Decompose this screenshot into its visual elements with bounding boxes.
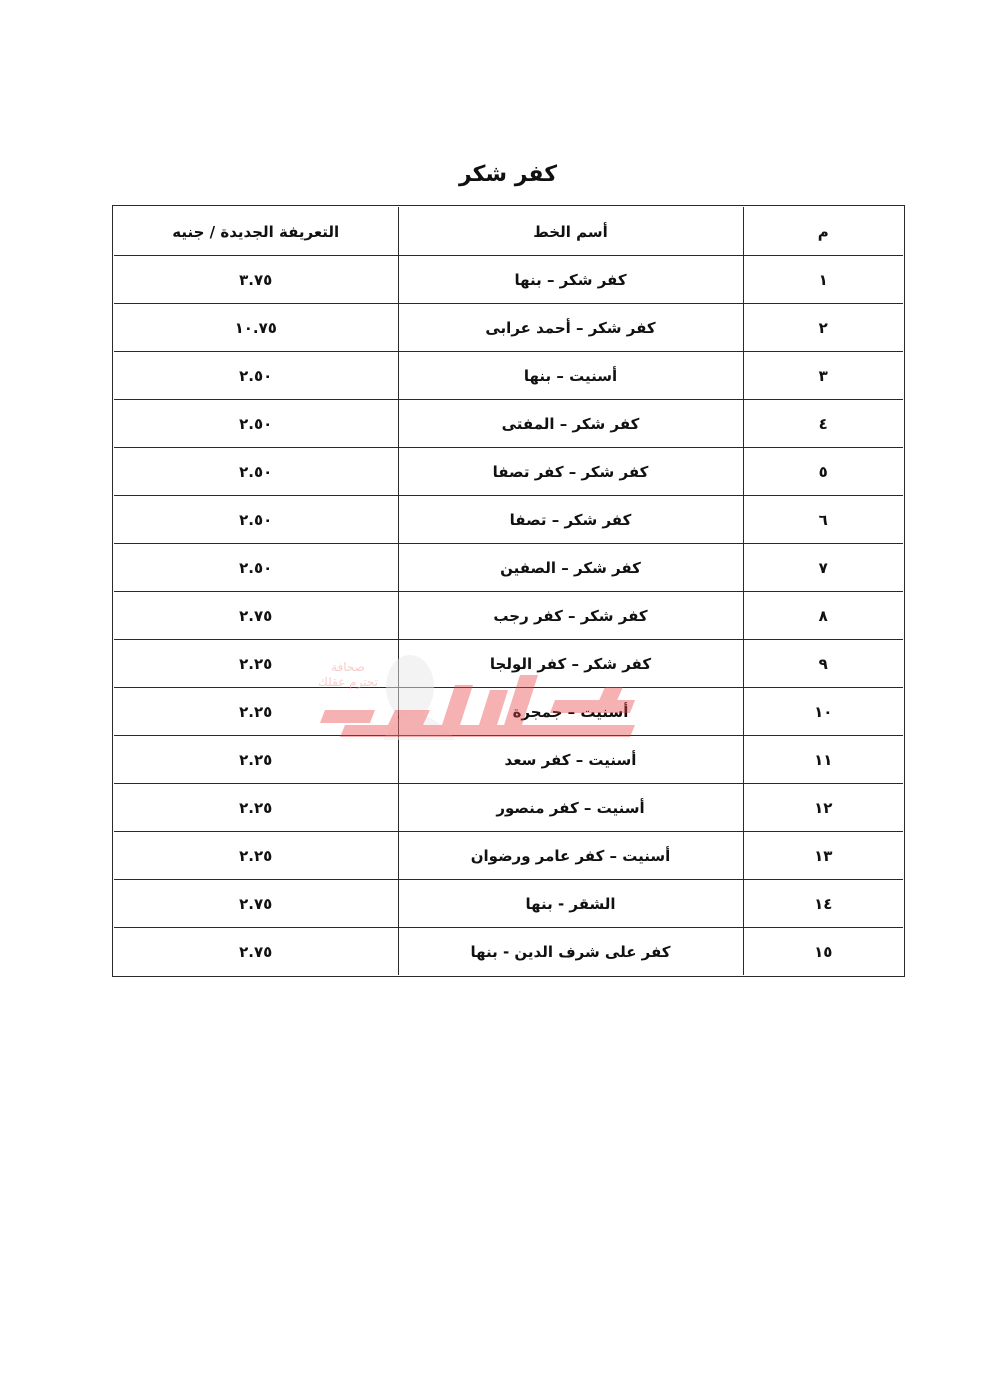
table-row: ٧ كفر شكر – الصفين ٢.٥٠ [114,544,903,592]
row-fare: ٣.٧٥ [114,256,398,304]
table-row: ٩ كفر شكر – كفر الولجا ٢.٢٥ [114,640,903,688]
row-line-name: أسنيت – كفر منصور [398,784,743,832]
row-num: ٤ [743,400,903,448]
row-num: ١٥ [743,928,903,976]
row-line-name: أسنيت – كفر سعد [398,736,743,784]
page-title: كفر شكر [0,162,990,187]
row-line-name: كفر شكر – المفتى [398,400,743,448]
row-fare: ٢.٥٠ [114,544,398,592]
row-fare: ٢.٢٥ [114,640,398,688]
table-row: ١٣ أسنيت – كفر عامر ورضوان ٢.٢٥ [114,832,903,880]
row-num: ٧ [743,544,903,592]
row-num: ٨ [743,592,903,640]
row-line-name: كفر شكر – أحمد عرابى [398,304,743,352]
table-row: ١٠ أسنيت – جمجرة ٢.٢٥ [114,688,903,736]
row-line-name: كفر شكر – كفر تصفا [398,448,743,496]
row-fare: ٢.٧٥ [114,928,398,976]
row-line-name: كفر شكر – كفر رجب [398,592,743,640]
row-num: ١١ [743,736,903,784]
table-row: ١٢ أسنيت – كفر منصور ٢.٢٥ [114,784,903,832]
row-num: ٩ [743,640,903,688]
row-num: ١٠ [743,688,903,736]
table-row: ٤ كفر شكر – المفتى ٢.٥٠ [114,400,903,448]
row-fare: ٢.٢٥ [114,688,398,736]
row-fare: ٢.٥٠ [114,496,398,544]
row-fare: ٢.٢٥ [114,784,398,832]
row-fare: ٢.٥٠ [114,352,398,400]
table-row: ١١ أسنيت – كفر سعد ٢.٢٥ [114,736,903,784]
table-header-row: م أسم الخط التعريفة الجديدة / جنيه [114,207,903,256]
table-row: ١ كفر شكر – بنها ٣.٧٥ [114,256,903,304]
table-row: ١٤ الشقر - بنها ٢.٧٥ [114,880,903,928]
row-num: ٢ [743,304,903,352]
row-num: ٥ [743,448,903,496]
row-line-name: كفر شكر – تصفا [398,496,743,544]
row-line-name: كفر على شرف الدين - بنها [398,928,743,976]
table-row: ٦ كفر شكر – تصفا ٢.٥٠ [114,496,903,544]
row-line-name: كفر شكر – الصفين [398,544,743,592]
row-num: ٦ [743,496,903,544]
row-num: ١ [743,256,903,304]
row-num: ١٣ [743,832,903,880]
header-fare: التعريفة الجديدة / جنيه [114,207,398,256]
table-row: ١٥ كفر على شرف الدين - بنها ٢.٧٥ [114,928,903,976]
row-fare: ٢.٢٥ [114,832,398,880]
table-row: ٨ كفر شكر – كفر رجب ٢.٧٥ [114,592,903,640]
table-row: ٣ أسنيت – بنها ٢.٥٠ [114,352,903,400]
row-fare: ٢.٥٠ [114,448,398,496]
fares-table-container: م أسم الخط التعريفة الجديدة / جنيه ١ كفر… [112,205,905,977]
table-row: ٥ كفر شكر – كفر تصفا ٢.٥٠ [114,448,903,496]
table-row: ٢ كفر شكر – أحمد عرابى ١٠.٧٥ [114,304,903,352]
row-line-name: أسنيت – بنها [398,352,743,400]
row-line-name: كفر شكر – بنها [398,256,743,304]
row-line-name: أسنيت – جمجرة [398,688,743,736]
row-line-name: كفر شكر – كفر الولجا [398,640,743,688]
row-line-name: الشقر - بنها [398,880,743,928]
row-num: ١٤ [743,880,903,928]
header-num: م [743,207,903,256]
row-fare: ١٠.٧٥ [114,304,398,352]
row-num: ١٢ [743,784,903,832]
header-line-name: أسم الخط [398,207,743,256]
row-fare: ٢.٧٥ [114,880,398,928]
row-fare: ٢.٧٥ [114,592,398,640]
row-fare: ٢.٥٠ [114,400,398,448]
fares-table: م أسم الخط التعريفة الجديدة / جنيه ١ كفر… [114,207,903,975]
row-fare: ٢.٢٥ [114,736,398,784]
row-num: ٣ [743,352,903,400]
row-line-name: أسنيت – كفر عامر ورضوان [398,832,743,880]
